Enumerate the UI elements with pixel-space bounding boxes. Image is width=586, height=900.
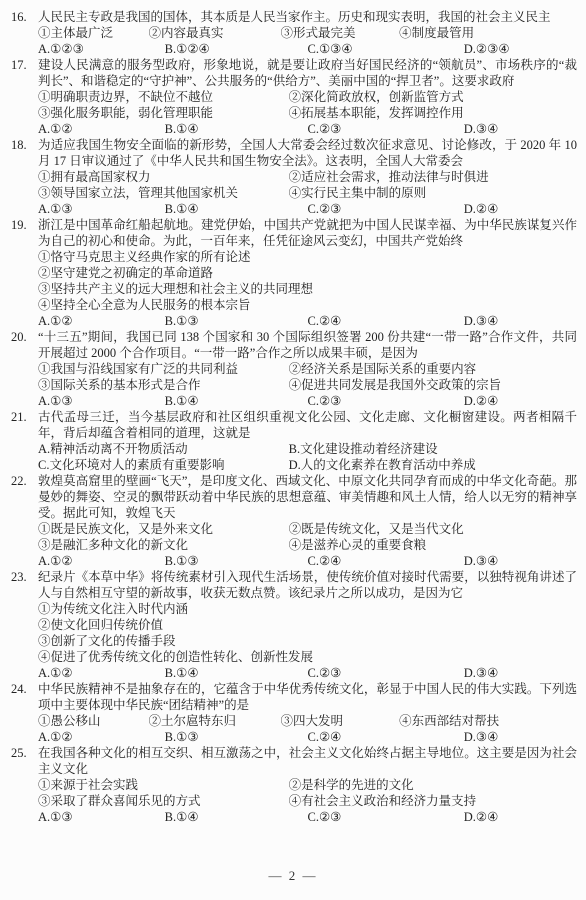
- question-23: 23.纪录片《本草中华》将传统素材引入现代生活场景，使传统价值对接时代需要，以独…: [9, 569, 577, 681]
- question-18: 18.为适应我国生物安全面临的新形势，全国人大常委会经过数次征求意见、讨论修改，…: [9, 137, 577, 217]
- option-row: ①我国与沿线国家有广泛的共同利益②经济关系是国际关系的重要内容: [38, 361, 577, 377]
- answer-row: A.①②B.①③C.②④D.③④: [38, 729, 577, 745]
- answer-choice: D.③④: [464, 729, 577, 745]
- option-item: ①为传统文化注入时代内涵: [38, 601, 577, 617]
- answer-choice: C.①③④: [307, 41, 463, 57]
- option-row: ①来源于社会实践②是科学的先进的文化: [38, 777, 577, 793]
- option-row: ③国际关系的基本形式是合作④促进共同发展是我国外交政策的宗旨: [38, 377, 577, 393]
- option-item: ②适应社会需求，推动法律与时俱进: [289, 169, 577, 185]
- answer-choice: A.①③: [38, 201, 165, 217]
- questions-list: 16.人民民主专政是我国的国体，其本质是人民当家作主。历史和现实表明，我国的社会…: [9, 9, 577, 825]
- answer-row: A.①②B.①④C.②③D.③④: [38, 121, 577, 137]
- option-item: ①恪守马克思主义经典作家的所有论述: [38, 249, 577, 265]
- option-item: ①愚公移山: [38, 713, 148, 729]
- answer-choice: B.①③: [165, 313, 308, 329]
- answer-choice: A.①③: [38, 393, 165, 409]
- answer-choice: C.②③: [307, 201, 463, 217]
- page-footer: — 2 —: [0, 868, 586, 884]
- option-item: ③强化服务职能，弱化管理职能: [38, 105, 289, 121]
- option-item: ③形式最完美: [281, 25, 400, 41]
- option-item: ①主体最广泛: [38, 25, 148, 41]
- answer-row: A.①②B.①③C.②④D.③④: [38, 553, 577, 569]
- answer-choice: C.②④: [307, 313, 463, 329]
- question-17: 17.建设人民满意的服务型政府，形象地说，就是要让政府当好国民经济的“领航员”、…: [9, 57, 577, 137]
- option-item: ①拥有最高国家权力: [38, 169, 289, 185]
- option-item: ②经济关系是国际关系的重要内容: [289, 361, 577, 377]
- option-item: ④促进共同发展是我国外交政策的宗旨: [289, 377, 577, 393]
- option-item: ④制度最管用: [399, 25, 577, 41]
- question-stem: 敦煌莫高窟里的壁画“飞天”，是印度文化、西域文化、中原文化共同孕育而成的中华文化…: [38, 473, 577, 521]
- answer-choice: B.①④: [165, 665, 308, 681]
- option-row: ③强化服务职能，弱化管理职能④拓展基本职能，发挥调控作用: [38, 105, 577, 121]
- option-row: ③领导国家立法，管理其他国家机关④实行民主集中制的原则: [38, 185, 577, 201]
- answer-row: A.①③B.①④C.②③D.②④: [38, 809, 577, 825]
- option-row: ①既是民族文化，又是外来文化②既是传统文化，又是当代文化: [38, 521, 577, 537]
- answer-choice: C.②③: [307, 121, 463, 137]
- question-19: 19.浙江是中国革命红船起航地。建党伊始，中国共产党就把为中国人民谋幸福、为中华…: [9, 217, 577, 329]
- option-item: ③采取了群众喜闻乐见的方式: [38, 793, 289, 809]
- answer-choice: A.①②: [38, 553, 165, 569]
- question-number: 19.: [11, 217, 27, 233]
- exam-page: 16.人民民主专政是我国的国体，其本质是人民当家作主。历史和现实表明，我国的社会…: [0, 0, 586, 900]
- question-22: 22.敦煌莫高窟里的壁画“飞天”，是印度文化、西域文化、中原文化共同孕育而成的中…: [9, 473, 577, 569]
- answer-row: A.①②B.①④C.②③D.③④: [38, 665, 577, 681]
- answer-choice: B.①③: [165, 729, 308, 745]
- option-row: ③创新了文化的传播手段: [38, 633, 577, 649]
- answer-choice: B.①②④: [165, 41, 308, 57]
- option-row: ①愚公移山②土尔扈特东归③四大发明④东西部结对帮扶: [38, 713, 577, 729]
- option-row: ①明确职责边界，不缺位不越位②深化简政放权，创新监管方式: [38, 89, 577, 105]
- option-item: ④拓展基本职能，发挥调控作用: [289, 105, 577, 121]
- answer-choice: C.②③: [307, 809, 463, 825]
- option-item: ②是科学的先进的文化: [289, 777, 577, 793]
- answer-choice: D.②④: [464, 201, 577, 217]
- answer-choice: B.①④: [165, 121, 308, 137]
- option-item: A.精神活动离不开物质活动: [38, 441, 289, 457]
- answer-choice: A.①③: [38, 809, 165, 825]
- option-item: ②深化简政放权，创新监管方式: [289, 89, 577, 105]
- answer-choice: C.②④: [307, 553, 463, 569]
- option-item: ①既是民族文化，又是外来文化: [38, 521, 289, 537]
- question-16: 16.人民民主专政是我国的国体，其本质是人民当家作主。历史和现实表明，我国的社会…: [9, 9, 577, 57]
- answer-choice: D.③④: [464, 665, 577, 681]
- question-number: 23.: [11, 569, 27, 585]
- question-stem: 在我国各种文化的相互交织、相互激荡之中，社会主义文化始终占据主导地位。这主要是因…: [38, 745, 577, 777]
- question-stem: 浙江是中国革命红船起航地。建党伊始，中国共产党就把为中国人民谋幸福、为中华民族谋…: [38, 217, 577, 249]
- answer-choice: C.②④: [307, 729, 463, 745]
- question-stem: 为适应我国生物安全面临的新形势，全国人大常委会经过数次征求意见、讨论修改，于 2…: [38, 137, 577, 169]
- option-row: A.精神活动离不开物质活动B.文化建设推动着经济建设: [38, 441, 577, 457]
- option-item: ④是滋养心灵的重要食粮: [289, 537, 577, 553]
- answer-choice: D.③④: [464, 553, 577, 569]
- answer-choice: C.②③: [307, 665, 463, 681]
- answer-row: A.①③B.①④C.②③D.②④: [38, 393, 577, 409]
- option-row: ②使文化回归传统价值: [38, 617, 577, 633]
- option-item: ④实行民主集中制的原则: [289, 185, 577, 201]
- option-row: C.文化环境对人的素质有重要影响D.人的文化素养在教育活动中养成: [38, 457, 577, 473]
- answer-choice: D.②④: [464, 809, 577, 825]
- question-21: 21.古代孟母三迁，当今基层政府和社区组织重视文化公园、文化走廊、文化橱窗建设。…: [9, 409, 577, 473]
- question-number: 18.: [11, 137, 27, 153]
- answer-choice: B.①④: [165, 809, 308, 825]
- question-stem: 纪录片《本草中华》将传统素材引入现代生活场景，使传统价值对接时代需要，以独特视角…: [38, 569, 577, 601]
- question-25: 25.在我国各种文化的相互交织、相互激荡之中，社会主义文化始终占据主导地位。这主…: [9, 745, 577, 825]
- question-24: 24.中华民族精神不是抽象存在的，它蕴含于中华优秀传统文化，彰显于中国人民的伟大…: [9, 681, 577, 745]
- option-row: ③是融汇多种文化的新文化④是滋养心灵的重要食粮: [38, 537, 577, 553]
- answer-choice: A.①②: [38, 313, 165, 329]
- option-item: ④坚持全心全意为人民服务的根本宗旨: [38, 297, 577, 313]
- option-item: ①来源于社会实践: [38, 777, 289, 793]
- option-row: ①恪守马克思主义经典作家的所有论述: [38, 249, 577, 265]
- option-item: ④东西部结对帮扶: [399, 713, 577, 729]
- question-stem: 中华民族精神不是抽象存在的，它蕴含于中华优秀传统文化，彰显于中国人民的伟大实践。…: [38, 681, 577, 713]
- option-item: ②既是传统文化，又是当代文化: [289, 521, 577, 537]
- answer-choice: D.②④: [464, 393, 577, 409]
- option-item: ①我国与沿线国家有广泛的共同利益: [38, 361, 289, 377]
- option-item: ③是融汇多种文化的新文化: [38, 537, 289, 553]
- option-item: B.文化建设推动着经济建设: [289, 441, 577, 457]
- question-number: 16.: [11, 9, 27, 25]
- option-item: C.文化环境对人的素质有重要影响: [38, 457, 289, 473]
- question-20: 20.“十三五”期间，我国已同 138 个国家和 30 个国际组织签署 200 …: [9, 329, 577, 409]
- option-row: ③采取了群众喜闻乐见的方式④有社会主义政治和经济力量支持: [38, 793, 577, 809]
- answer-choice: D.②③④: [464, 41, 577, 57]
- option-item: ④有社会主义政治和经济力量支持: [289, 793, 577, 809]
- option-item: ②坚守建党之初确定的革命道路: [38, 265, 577, 281]
- option-item: ③领导国家立法，管理其他国家机关: [38, 185, 289, 201]
- question-number: 24.: [11, 681, 27, 697]
- question-stem: “十三五”期间，我国已同 138 个国家和 30 个国际组织签署 200 份共建…: [38, 329, 577, 361]
- option-item: ②土尔扈特东归: [148, 713, 280, 729]
- answer-row: A.①②③B.①②④C.①③④D.②③④: [38, 41, 577, 57]
- answer-row: A.①②B.①③C.②④D.③④: [38, 313, 577, 329]
- question-stem: 建设人民满意的服务型政府，形象地说，就是要让政府当好国民经济的“领航员”、市场秩…: [38, 57, 577, 89]
- option-row: ④坚持全心全意为人民服务的根本宗旨: [38, 297, 577, 313]
- option-row: ①为传统文化注入时代内涵: [38, 601, 577, 617]
- question-number: 22.: [11, 473, 27, 489]
- question-number: 20.: [11, 329, 27, 345]
- question-stem: 古代孟母三迁，当今基层政府和社区组织重视文化公园、文化走廊、文化橱窗建设。两者相…: [38, 409, 577, 441]
- option-row: ②坚守建党之初确定的革命道路: [38, 265, 577, 281]
- option-item: ③四大发明: [281, 713, 400, 729]
- option-row: ①拥有最高国家权力②适应社会需求，推动法律与时俱进: [38, 169, 577, 185]
- question-stem: 人民民主专政是我国的国体，其本质是人民当家作主。历史和现实表明，我国的社会主义民…: [38, 9, 577, 25]
- option-row: ①主体最广泛②内容最真实③形式最完美④制度最管用: [38, 25, 577, 41]
- option-item: ③坚持共产主义的远大理想和社会主义的共同理想: [38, 281, 577, 297]
- answer-choice: B.①④: [165, 393, 308, 409]
- answer-choice: D.③④: [464, 313, 577, 329]
- answer-choice: A.①②③: [38, 41, 165, 57]
- answer-choice: A.①②: [38, 121, 165, 137]
- answer-row: A.①③B.①④C.②③D.②④: [38, 201, 577, 217]
- option-item: ②内容最真实: [148, 25, 280, 41]
- answer-choice: A.①②: [38, 729, 165, 745]
- answer-choice: D.③④: [464, 121, 577, 137]
- option-item: ③创新了文化的传播手段: [38, 633, 577, 649]
- answer-choice: A.①②: [38, 665, 165, 681]
- question-number: 17.: [11, 57, 27, 73]
- answer-choice: B.①④: [165, 201, 308, 217]
- option-row: ④促进了优秀传统文化的创造性转化、创新性发展: [38, 649, 577, 665]
- option-item: D.人的文化素养在教育活动中养成: [289, 457, 577, 473]
- option-item: ④促进了优秀传统文化的创造性转化、创新性发展: [38, 649, 577, 665]
- question-number: 21.: [11, 409, 27, 425]
- option-row: ③坚持共产主义的远大理想和社会主义的共同理想: [38, 281, 577, 297]
- option-item: ①明确职责边界，不缺位不越位: [38, 89, 289, 105]
- question-number: 25.: [11, 745, 27, 761]
- answer-choice: B.①③: [165, 553, 308, 569]
- option-item: ③国际关系的基本形式是合作: [38, 377, 289, 393]
- answer-choice: C.②③: [307, 393, 463, 409]
- option-item: ②使文化回归传统价值: [38, 617, 577, 633]
